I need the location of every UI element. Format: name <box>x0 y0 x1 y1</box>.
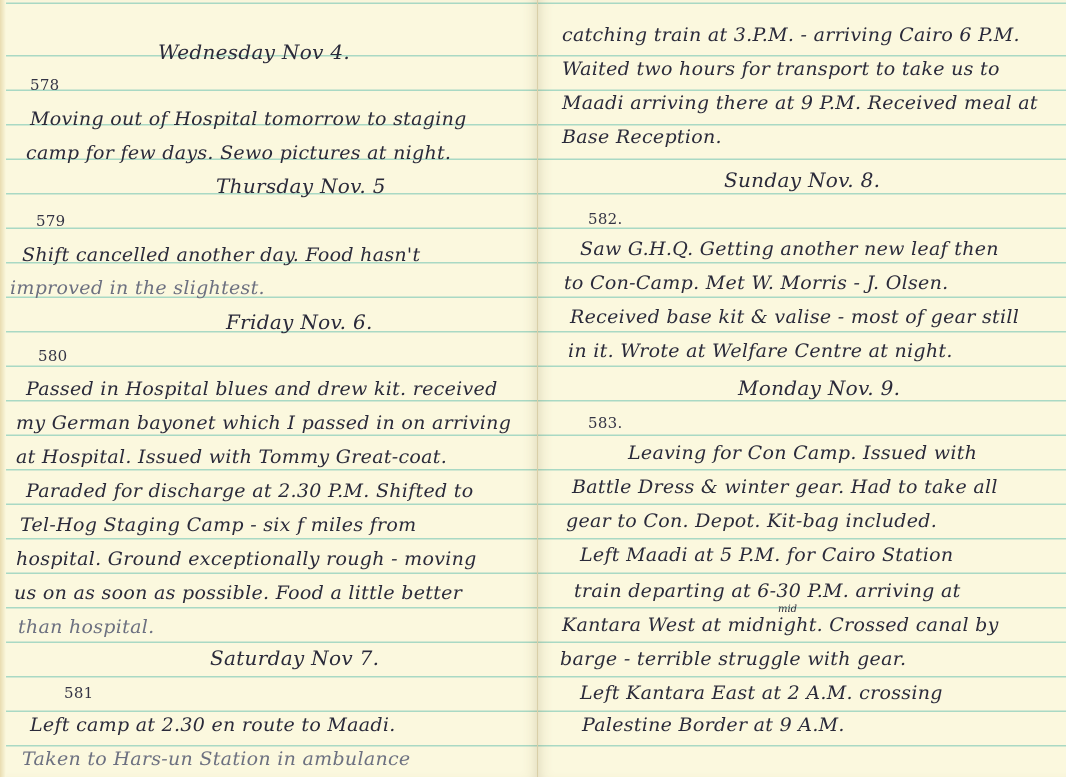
left-page: Wednesday Nov 4. 578 Moving out of Hospi… <box>0 0 538 777</box>
entry-line: than hospital. <box>18 616 154 638</box>
entry-number: 578 <box>30 76 60 94</box>
entry-line: my German bayonet which I passed in on a… <box>16 412 511 434</box>
entry-number: 581 <box>64 684 94 702</box>
entry-number: 583. <box>588 414 623 432</box>
entry-line: Left camp at 2.30 en route to Maadi. <box>30 714 396 736</box>
entry-line: barge - terrible struggle with gear. <box>560 648 906 670</box>
entry-number: 582. <box>588 210 623 228</box>
entry-line: Passed in Hospital blues and drew kit. r… <box>26 378 498 400</box>
entry-line: Maadi arriving there at 9 P.M. Received … <box>562 92 1038 114</box>
page-edge <box>0 0 6 777</box>
entry-line: hospital. Ground exceptionally rough - m… <box>16 548 477 570</box>
diary-spread: Wednesday Nov 4. 578 Moving out of Hospi… <box>0 0 1066 777</box>
entry-line: in it. Wrote at Welfare Centre at night. <box>568 340 953 362</box>
entry-line: Tel-Hog Staging Camp - six f miles from <box>20 514 416 536</box>
entry-line: camp for few days. Sewo pictures at nigh… <box>26 142 451 164</box>
entry-heading: Monday Nov. 9. <box>738 376 900 400</box>
entry-line: Received base kit & valise - most of gea… <box>570 306 1019 328</box>
entry-line: Base Reception. <box>562 126 722 148</box>
entry-number: 580 <box>38 347 68 365</box>
entry-line: gear to Con. Depot. Kit-bag included. <box>566 510 937 532</box>
entry-line: Saw G.H.Q. Getting another new leaf then <box>580 238 999 260</box>
entry-line: at Hospital. Issued with Tommy Great-coa… <box>16 446 447 468</box>
entry-line: Left Kantara East at 2 A.M. crossing <box>580 682 943 704</box>
entry-line: Palestine Border at 9 A.M. <box>582 714 845 736</box>
right-page: catching train at 3.P.M. - arriving Cair… <box>538 0 1066 777</box>
entry-line: Taken to Hars-un Station in ambulance <box>22 748 410 770</box>
entry-heading: Friday Nov. 6. <box>226 310 373 334</box>
entry-line: Shift cancelled another day. Food hasn't <box>22 244 420 266</box>
entry-line: improved in the slightest. <box>10 277 265 299</box>
entry-line: us on as soon as possible. Food a little… <box>14 582 462 604</box>
entry-line: to Con-Camp. Met W. Morris - J. Olsen. <box>564 272 948 294</box>
entry-line: Waited two hours for transport to take u… <box>562 58 1000 80</box>
entry-line: Leaving for Con Camp. Issued with <box>628 442 977 464</box>
entry-heading: Sunday Nov. 8. <box>724 168 880 192</box>
entry-line: Paraded for discharge at 2.30 P.M. Shift… <box>26 480 473 502</box>
entry-line: train departing at 6-30 P.M. arriving at <box>574 580 961 602</box>
entry-heading: Wednesday Nov 4. <box>158 40 350 64</box>
entry-line: Left Maadi at 5 P.M. for Cairo Station <box>580 544 953 566</box>
entry-number: 579 <box>36 212 66 230</box>
entry-heading: Thursday Nov. 5 <box>216 174 386 198</box>
entry-line: Battle Dress & winter gear. Had to take … <box>572 476 998 498</box>
entry-line: Kantara West at midnight. Crossed canal … <box>562 614 999 636</box>
entry-line: Moving out of Hospital tomorrow to stagi… <box>30 108 467 130</box>
entry-heading: Saturday Nov 7. <box>210 646 379 670</box>
entry-line: catching train at 3.P.M. - arriving Cair… <box>562 24 1020 46</box>
